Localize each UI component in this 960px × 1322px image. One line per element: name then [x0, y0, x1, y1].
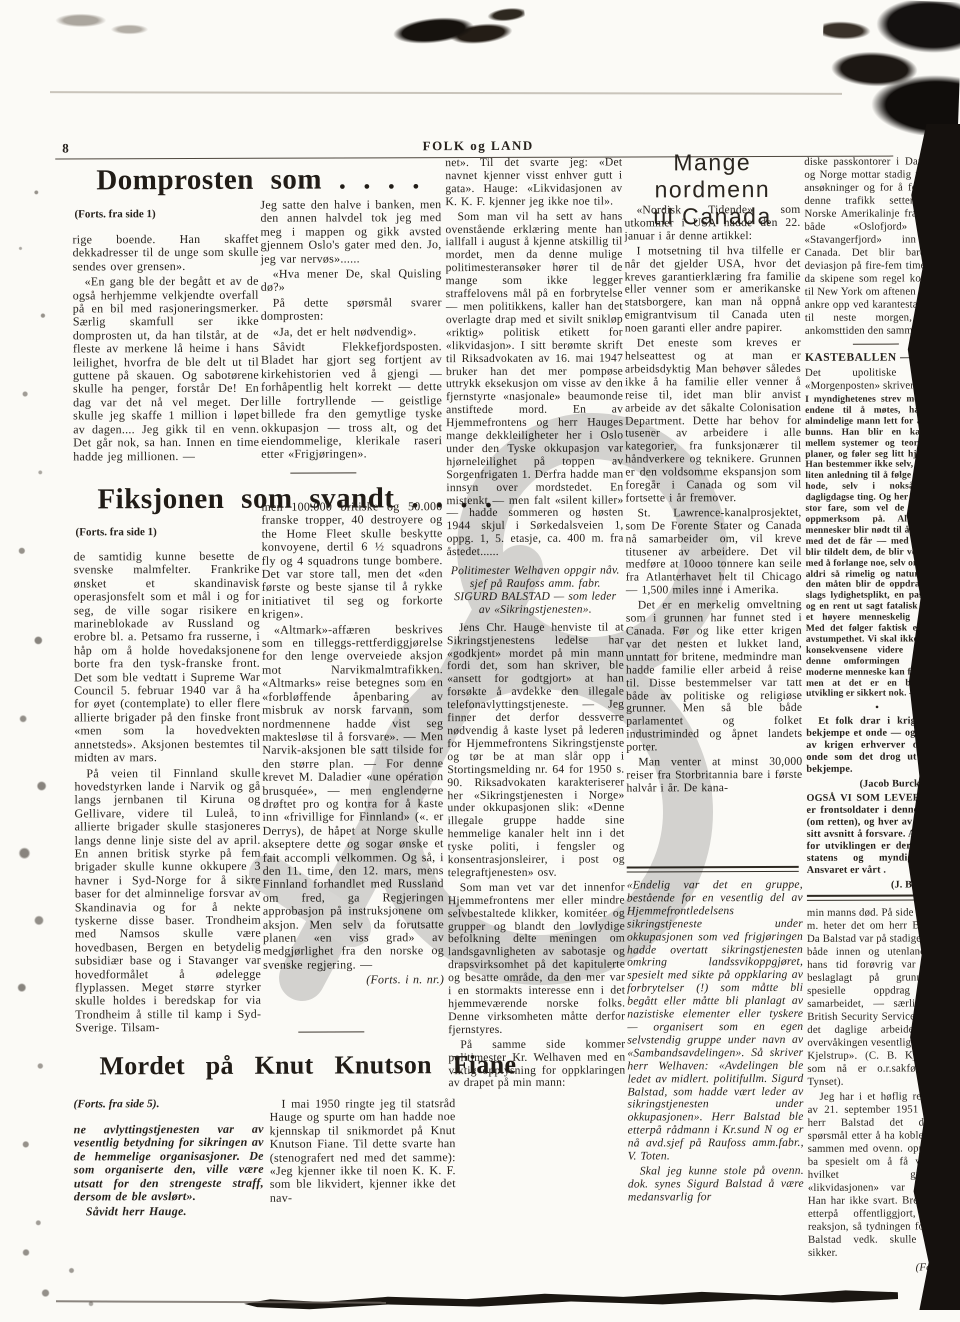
text-column: de samtidig kunne besette de svenske mal… — [74, 550, 262, 1057]
paragraph: Det eneste som kreves er helseattest og … — [625, 337, 802, 505]
article-end-rule — [853, 344, 899, 345]
text-column: net». Til det svarte jeg: «Det navnet kj… — [445, 157, 626, 1252]
paragraph: Man venter at minst 30,000 reiser fra St… — [626, 756, 802, 795]
continuation-note: (Forts.) — [808, 1262, 950, 1275]
text-column: Jeg satte den halve i banken, men den an… — [260, 198, 442, 469]
paragraph: ne avlyttingstjenesten var av vesentlig … — [74, 1123, 264, 1204]
paragraph: «Hva mener De, skal Quisling dø?» — [261, 267, 442, 294]
continuation-note: (Forts. fra side 1) — [74, 208, 155, 220]
dot-separator: • — [806, 702, 948, 714]
paragraph: «Nordisk Tidende» som utkommer i USA had… — [624, 204, 800, 243]
paragraph: Jens Chr. Hauge henviste til at Sikrings… — [447, 621, 625, 880]
article-title-domprosten: Domprosten som . . . . — [96, 163, 420, 197]
article-end-rule — [298, 1031, 364, 1032]
quote-attribution: (Jacob Burckhardt) — [806, 778, 948, 791]
text-column: ne avlyttingstjenesten var av vesentlig … — [74, 1123, 264, 1246]
text-column: diske passkontorer i Danmark og Norge mo… — [804, 155, 950, 1281]
continuation-note: (Forts. i n. nr.) — [263, 973, 444, 987]
paragraph: Såvidt herr Hauge. — [74, 1205, 264, 1219]
continuation-note: (Forts. fra side 1) — [76, 526, 157, 538]
paragraph: Som man vil ha sett av hans ovenstående … — [445, 210, 623, 559]
text-column: I mai 1950 ringte jeg til statsråd Hauge… — [270, 1097, 457, 1250]
welhaven-note: Politimester Welhaven oppgir nåv. sjef p… — [447, 565, 624, 617]
paragraph: Skal jeg kunne stole på ovenn. dok. syne… — [628, 1165, 804, 1204]
section-divider — [627, 866, 799, 873]
paragraph: Såvidt Flekkefjordsposten. Bladet har gj… — [261, 340, 442, 461]
article-end-rule — [290, 472, 356, 473]
paragraph: Jeg satte den halve i banken, men den an… — [260, 198, 441, 266]
quote: OGSÅ VI SOM LEVER i dag er frontsoldater… — [806, 793, 948, 877]
text-column: men 100.000 britiske og 50.000 franske t… — [261, 500, 444, 1015]
paragraph: I motsetning til hva tilfelle er når det… — [625, 245, 801, 336]
paragraph: Det er en merkelig omveltning som i grun… — [626, 599, 803, 754]
paragraph: net». Til det svarte jeg: «Det navnet kj… — [445, 157, 622, 209]
continuation-note: (Forts. fra side 5). — [74, 1098, 160, 1110]
page-content: 8 FOLK og LAND Domprosten som . . . . (F… — [0, 0, 960, 1322]
paragraph: St. Lawrence-kanalprosjektet, som De For… — [625, 507, 801, 598]
quote: Et folk drar i krig for å bekjempe et on… — [806, 716, 948, 776]
paragraph: «En gang ble der begått et av de også he… — [73, 275, 260, 463]
text-column: rige boende. Han skaffet dekkadresser ti… — [73, 233, 260, 570]
section-divider — [807, 895, 949, 901]
paragraph: På dette spørsmål svarer domprosten: — [261, 296, 442, 323]
paragraph: men 100.000 britiske og 50.000 franske t… — [261, 500, 442, 621]
paragraph: Det upolitiske blad «Morgenposten» skriv… — [805, 366, 947, 392]
paragraph: rige boende. Han skaffet dekkadresser ti… — [73, 233, 259, 274]
paragraph: I mai 1950 ringte jeg til statsråd Hauge… — [270, 1097, 456, 1205]
paragraph: «Ja, det er helt nødvendig». — [261, 325, 442, 339]
paragraph: min manns død. På side 81 i St. m. heter… — [807, 907, 950, 1089]
paragraph: de samtidig kunne besette de svenske mal… — [74, 550, 261, 765]
text-column: «Endelig var det en gruppe, bestående fo… — [627, 879, 804, 1264]
headline-line-1: Mange nordmenn — [624, 149, 800, 204]
newspaper-page-scan: 8 FOLK og LAND Domprosten som . . . . (F… — [0, 0, 960, 1322]
text-column: «Nordisk Tidende» som utkommer i USA had… — [624, 204, 802, 863]
paragraph: diske passkontorer i Danmark og Norge mo… — [804, 155, 947, 337]
paragraph: «Altmark»-affæren beskrives som en tille… — [262, 623, 444, 972]
paragraph: På veien til Finnland skulle hovedstyrke… — [74, 766, 261, 1035]
quote-attribution: (J. B. Hjort.) — [807, 879, 949, 892]
paragraph: Som man vet var det innenfor Hjemmefront… — [448, 881, 626, 1036]
section-kasteballen-title: KASTEBALLEN — — [805, 351, 947, 364]
paragraph: I myndighetenes strev med å få endene ti… — [805, 394, 948, 700]
paragraph: På samme side kommer politimester Kr. We… — [448, 1038, 625, 1090]
paragraph: Jeg har i et høflig rek.brev av 21. sept… — [808, 1091, 951, 1260]
paragraph: «Endelig var det en gruppe, bestående fo… — [627, 879, 804, 1164]
